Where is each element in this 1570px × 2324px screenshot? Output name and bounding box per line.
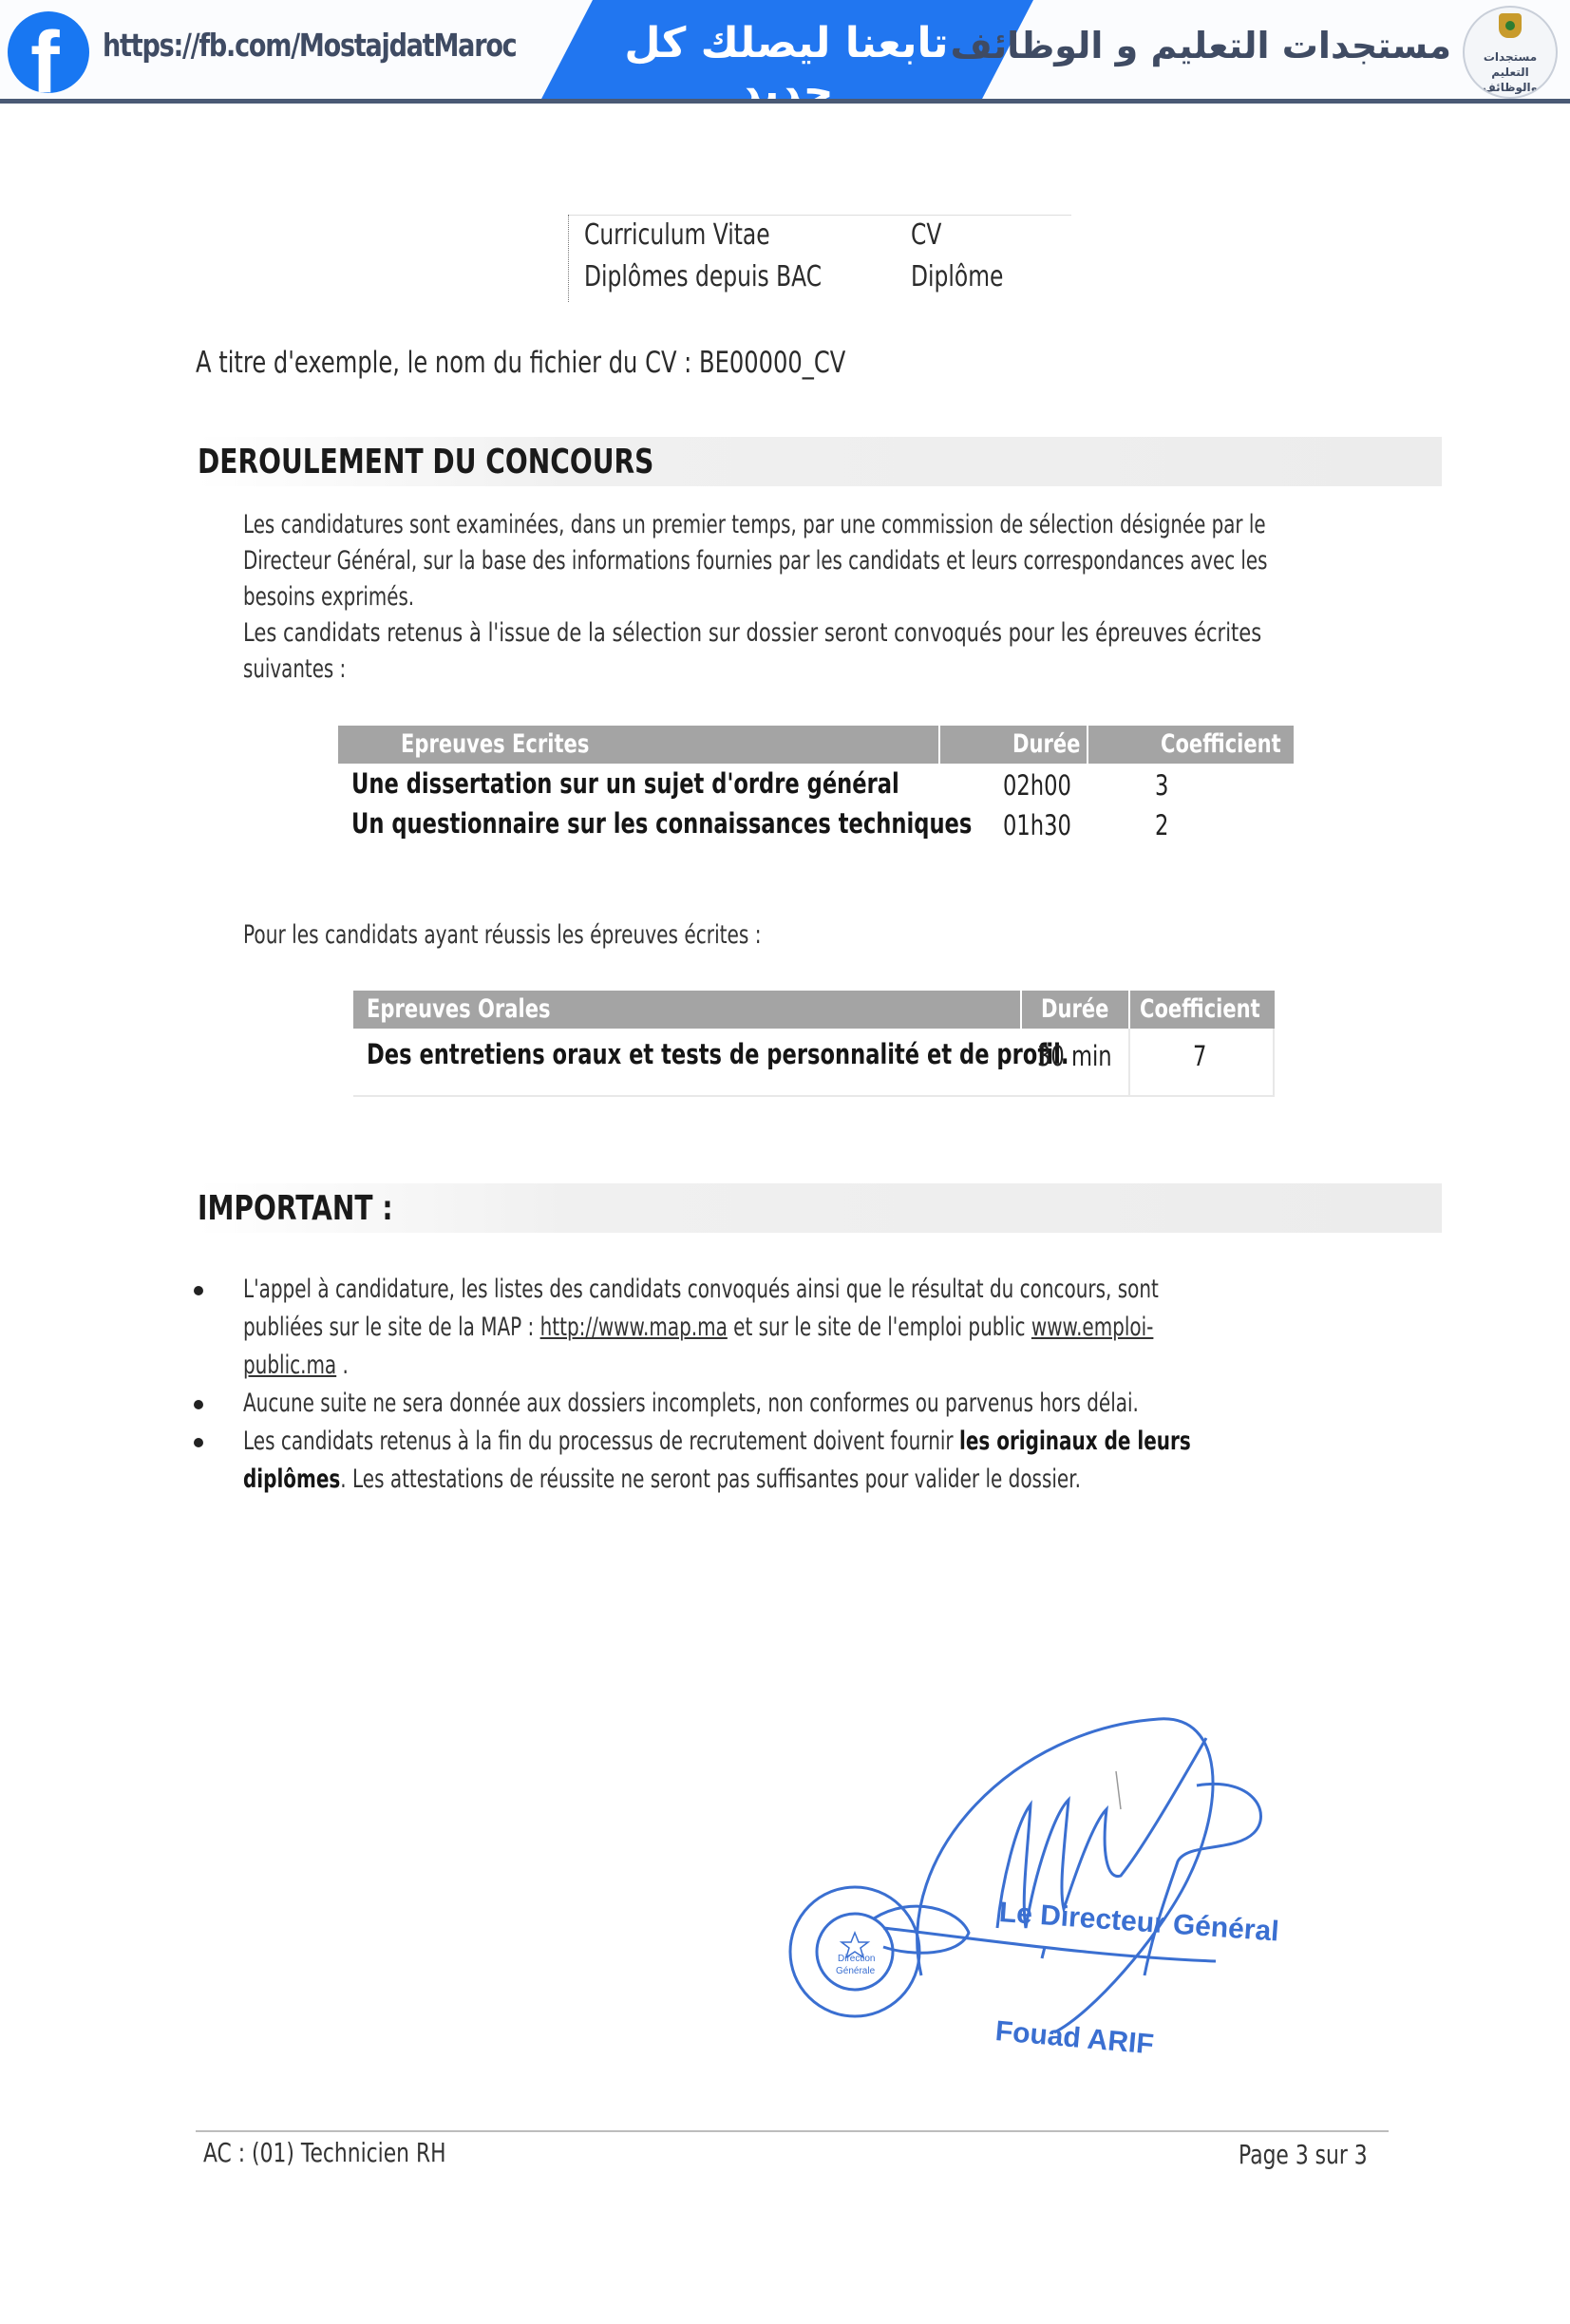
- table-cell-epreuve: Une dissertation sur un sujet d'ordre gé…: [351, 767, 1053, 800]
- table-cell-suffix: Diplôme: [911, 260, 1030, 293]
- column-header-duree: Durée: [940, 726, 1087, 764]
- list-item: L'appel à candidature, les listes des ca…: [190, 1271, 1444, 1385]
- table-bottom-border: [353, 1095, 1275, 1097]
- example-filename-text: A titre d'exemple, le nom du fichier du …: [196, 346, 1029, 380]
- facebook-icon[interactable]: f: [8, 11, 89, 93]
- column-header-epreuve: Epreuves Ecrites: [338, 726, 938, 764]
- banner-divider: [0, 99, 1570, 104]
- table-row: Diplômes depuis BAC: [584, 260, 889, 293]
- page-number: Page 3 sur 3: [1239, 2139, 1404, 2170]
- section-heading-important: IMPORTANT :: [196, 1183, 1442, 1233]
- list-item: Aucune suite ne sera donnée aux dossiers…: [190, 1385, 1444, 1423]
- signature-block: Direction Générale Le Directeur Général …: [779, 1691, 1273, 2089]
- written-exams-table: Epreuves Ecrites Durée Coefficient Une d…: [338, 726, 1294, 849]
- table-cell-duree: 02h00: [1003, 769, 1090, 802]
- facebook-url-link[interactable]: https://fb.com/MostajdatMaroc: [103, 27, 516, 64]
- list-item: Les candidats retenus à la fin du proces…: [190, 1423, 1444, 1499]
- column-header-coefficient: Coefficient: [1088, 726, 1294, 764]
- emploi-public-link-continued[interactable]: public.ma: [243, 1351, 336, 1380]
- bullet-icon: [194, 1286, 203, 1295]
- moroccan-crest-icon: [1499, 13, 1522, 38]
- deroulement-paragraph: Les candidatures sont examinées, dans un…: [243, 507, 1436, 688]
- column-header-coefficient: Coefficient: [1130, 991, 1275, 1029]
- site-logo: مستجدات التعليم والوظائف: [1463, 6, 1558, 99]
- table-cell-duree: 30 min: [1037, 1040, 1133, 1072]
- map-website-link[interactable]: http://www.map.ma: [540, 1313, 728, 1342]
- important-bullet-list: L'appel à candidature, les listes des ca…: [190, 1271, 1444, 1499]
- table-cell-duree: 01h30: [1003, 809, 1090, 841]
- footer-reference: AC : (01) Technicien RH: [203, 2137, 515, 2168]
- column-divider: [1273, 1029, 1275, 1097]
- emploi-public-link[interactable]: www.emploi-: [1031, 1313, 1154, 1342]
- svg-text:Direction: Direction: [838, 1954, 875, 1964]
- table-cell-coefficient: 3: [1155, 769, 1172, 802]
- footer-divider: [196, 2130, 1389, 2132]
- table-cell-suffix: CV: [911, 218, 950, 252]
- column-header-epreuve: Epreuves Orales: [353, 991, 1020, 1029]
- table-divider: [569, 215, 1071, 216]
- bullet-icon: [194, 1438, 203, 1447]
- logo-text: مستجدات التعليم والوظائف: [1465, 49, 1556, 96]
- table-row: Curriculum Vitae: [584, 218, 823, 252]
- section-heading-deroulement: DEROULEMENT DU CONCOURS: [196, 437, 1442, 486]
- svg-text:Générale: Générale: [836, 1966, 876, 1976]
- oral-intro-text: Pour les candidats ayant réussis les épr…: [243, 917, 1436, 954]
- bullet-icon: [194, 1400, 203, 1409]
- table-cell-coefficient: 2: [1155, 809, 1172, 841]
- file-naming-table: Curriculum Vitae CV Diplômes depuis BAC …: [568, 215, 1071, 302]
- column-header-duree: Durée: [1022, 991, 1128, 1029]
- header-banner: f https://fb.com/MostajdatMaroc تابعنا ل…: [0, 0, 1570, 103]
- site-title: مستجدات التعليم و الوظائف: [951, 25, 1451, 66]
- table-cell-coefficient: 7: [1193, 1040, 1210, 1072]
- oral-exams-table: Epreuves Orales Durée Coefficient Des en…: [353, 991, 1275, 1097]
